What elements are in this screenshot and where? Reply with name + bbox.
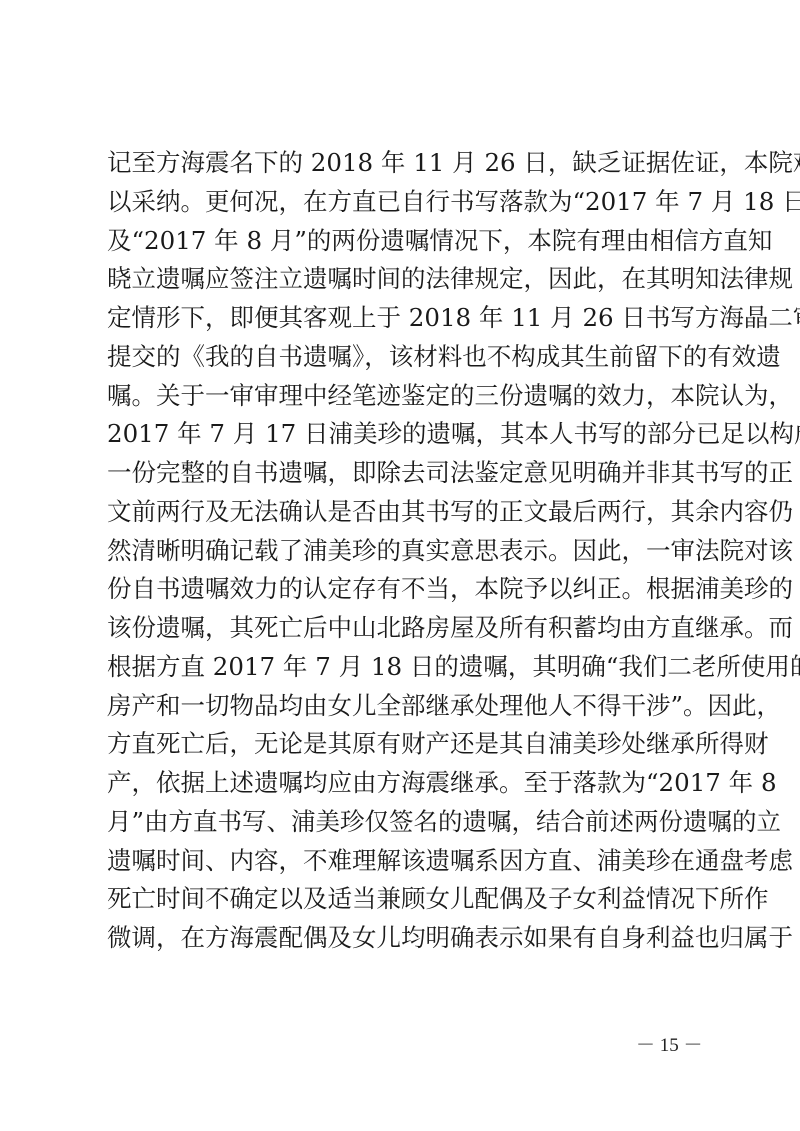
- text-line: 嘱。关于一审审理中经笔迹鉴定的三份遗嘱的效力，本院认为，: [107, 377, 697, 416]
- text-line: 月”由方直书写、浦美珍仅签名的遗嘱，结合前述两份遗嘱的立: [107, 803, 697, 842]
- text-line: 2017 年 7 月 17 日浦美珍的遗嘱，其本人书写的部分已足以构成: [107, 415, 697, 454]
- text-line: 死亡时间不确定以及适当兼顾女儿配偶及子女利益情况下所作: [107, 880, 697, 919]
- text-line: 份自书遗嘱效力的认定存有不当，本院予以纠正。根据浦美珍的: [107, 570, 697, 609]
- text-line: 提交的《我的自书遗嘱》，该材料也不构成其生前留下的有效遗: [107, 338, 697, 377]
- text-line: 一份完整的自书遗嘱，即除去司法鉴定意见明确并非其书写的正: [107, 454, 697, 493]
- text-line: 该份遗嘱，其死亡后中山北路房屋及所有积蓄均由方直继承。而: [107, 609, 697, 648]
- text-line: 微调，在方海震配偶及女儿均明确表示如果有自身利益也归属于: [107, 919, 697, 958]
- text-line: 遗嘱时间、内容，不难理解该遗嘱系因方直、浦美珍在通盘考虑: [107, 842, 697, 881]
- text-line: 房产和一切物品均由女儿全部继承处理他人不得干涉”。因此，: [107, 687, 697, 726]
- document-page: 记至方海震名下的 2018 年 11 月 26 日，缺乏证据佐证，本院难 以采纳…: [0, 0, 800, 1131]
- text-line: 产，依据上述遗嘱均应由方海震继承。至于落款为“2017 年 8: [107, 764, 697, 803]
- text-line: 以采纳。更何况，在方直已自行书写落款为“2017 年 7 月 18 日”: [107, 183, 697, 222]
- text-line: 然清晰明确记载了浦美珍的真实意思表示。因此，一审法院对该: [107, 532, 697, 571]
- text-line: 记至方海震名下的 2018 年 11 月 26 日，缺乏证据佐证，本院难: [107, 144, 697, 183]
- text-line: 方直死亡后，无论是其原有财产还是其自浦美珍处继承所得财: [107, 725, 697, 764]
- text-line: 定情形下，即便其客观上于 2018 年 11 月 26 日书写方海晶二审: [107, 299, 697, 338]
- text-line: 晓立遗嘱应签注立遗嘱时间的法律规定，因此，在其明知法律规: [107, 260, 697, 299]
- text-line: 及“2017 年 8 月”的两份遗嘱情况下，本院有理由相信方直知: [107, 222, 697, 261]
- page-number: － 15 －: [636, 1033, 698, 1059]
- text-line: 根据方直 2017 年 7 月 18 日的遗嘱，其明确“我们二老所使用的: [107, 648, 697, 687]
- judgment-body-text: 记至方海震名下的 2018 年 11 月 26 日，缺乏证据佐证，本院难 以采纳…: [107, 144, 697, 958]
- text-line: 文前两行及无法确认是否由其书写的正文最后两行，其余内容仍: [107, 493, 697, 532]
